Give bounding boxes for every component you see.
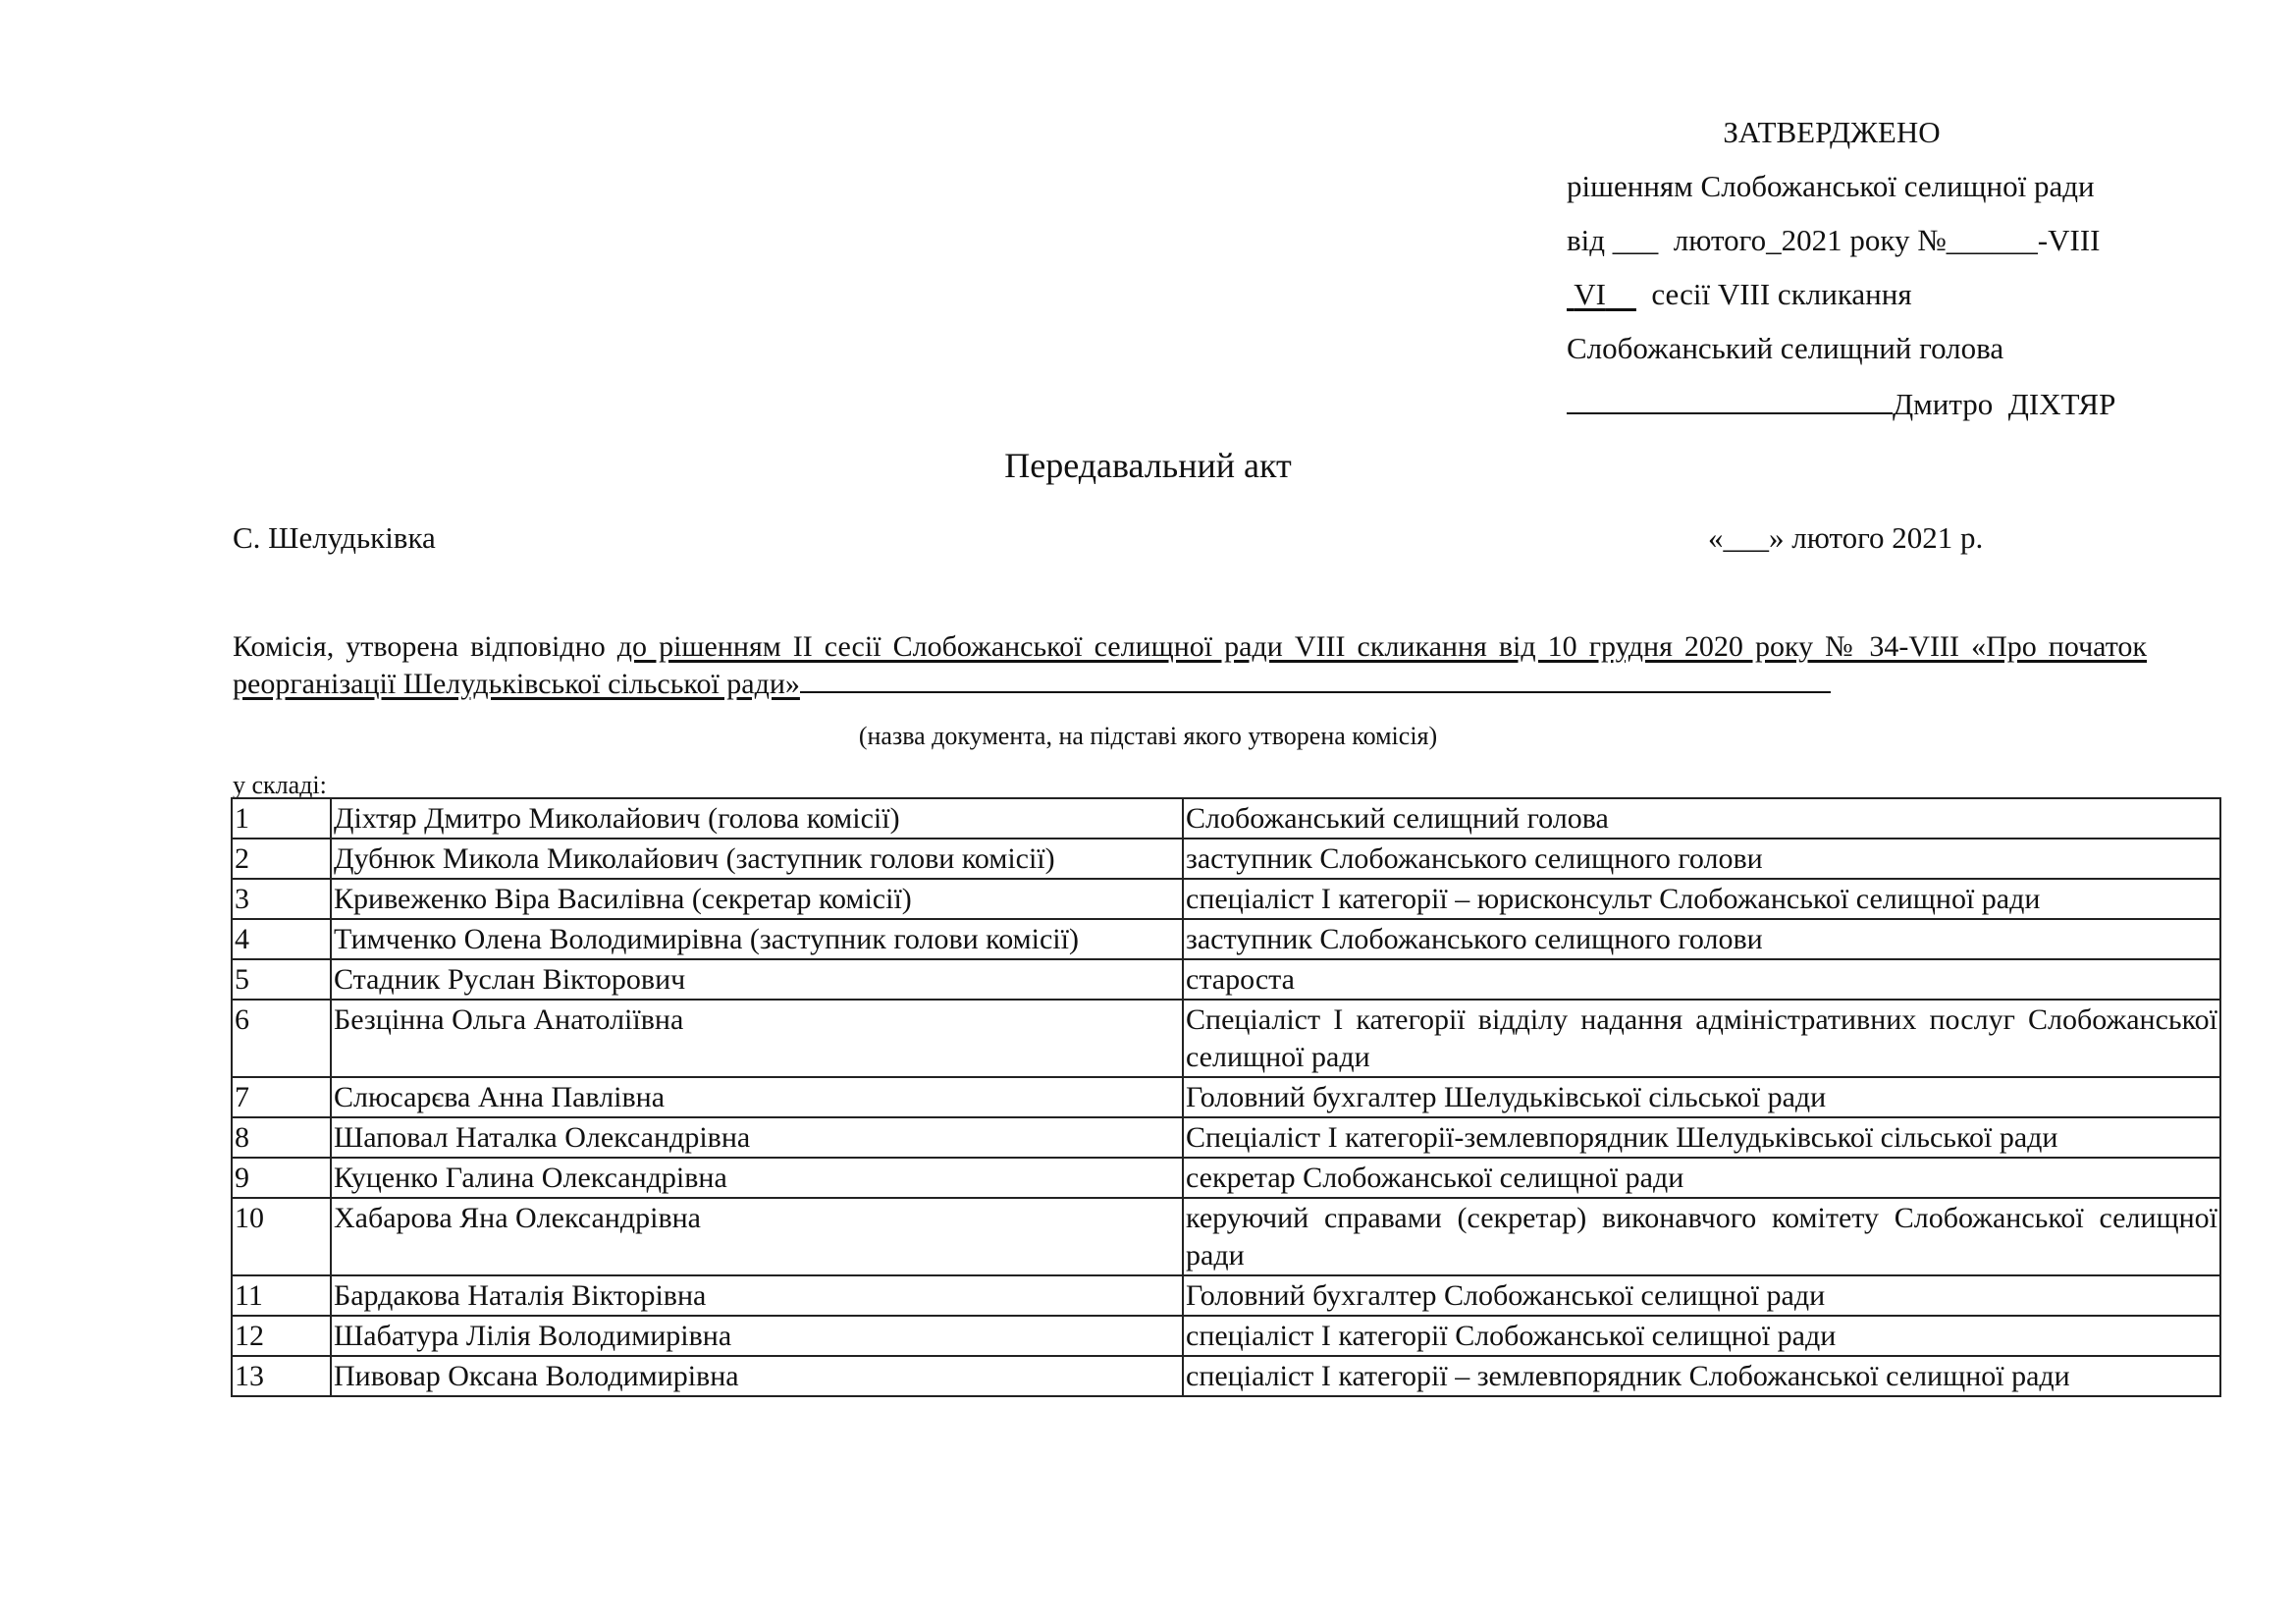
signatory-name: Дмитро ДІХТЯР [1893, 387, 2115, 421]
basis-caption: (назва документа, на підставі якого утво… [0, 722, 2296, 751]
member-number: 2 [232, 839, 331, 879]
member-name: Безцінна Ольга Анатоліївна [331, 1000, 1183, 1077]
table-row: 4Тимченко Олена Володимирівна (заступник… [232, 919, 2220, 959]
member-name: Кривеженко Віра Василівна (секретар комі… [331, 879, 1183, 919]
table-row: 5Стадник Руслан Вікторовичстароста [232, 959, 2220, 1000]
table-row: 2Дубнюк Микола Миколайович (заступник го… [232, 839, 2220, 879]
approval-signature-line: Дмитро ДІХТЯР [1567, 383, 2146, 437]
commission-members-table: 1Діхтяр Дмитро Миколайович (голова коміс… [231, 797, 2221, 1397]
approval-number-suffix: -VIII [2038, 223, 2101, 257]
member-number: 4 [232, 919, 331, 959]
member-name: Куценко Галина Олександрівна [331, 1158, 1183, 1198]
approval-number-blank: ______ [1947, 223, 2038, 257]
approval-underscore: _ [1766, 223, 1782, 257]
table-row: 7Слюсарєва Анна Павлівна Головний бухгал… [232, 1077, 2220, 1117]
member-name: Дубнюк Микола Миколайович (заступник гол… [331, 839, 1183, 879]
signature-blank [1567, 383, 1893, 414]
member-position: спеціаліст І категорії – землевпорядник … [1183, 1356, 2220, 1396]
approval-decision-line: рішенням Слобожанської селищної ради [1567, 167, 2146, 221]
member-name: Бардакова Наталія Вікторівна [331, 1275, 1183, 1316]
document-date: «___» лютого 2021 р. [1708, 520, 1983, 556]
member-position: заступник Слобожанського селищного голов… [1183, 919, 2220, 959]
member-number: 1 [232, 798, 331, 839]
table-row: 9Куценко Галина Олександрівнасекретар Сл… [232, 1158, 2220, 1198]
member-position: керуючий справами (секретар) виконавчого… [1183, 1198, 2220, 1275]
approval-date-number-line: від ___ лютого_2021 року №______-VIII [1567, 221, 2146, 275]
table-row: 13Пивовар Оксана Володимирівнаспеціаліст… [232, 1356, 2220, 1396]
member-number: 13 [232, 1356, 331, 1396]
member-position: Головний бухгалтер Шелудьківської сільсь… [1183, 1077, 2220, 1117]
table-row: 3Кривеженко Віра Василівна (секретар ком… [232, 879, 2220, 919]
approval-session-line: VI сесії VIII скликання [1567, 275, 2146, 329]
approval-head-title: Слобожанський селищний голова [1567, 329, 2146, 383]
table-row: 1Діхтяр Дмитро Миколайович (голова коміс… [232, 798, 2220, 839]
composition-label: у складі: [233, 771, 327, 800]
approval-title: ЗАТВЕРДЖЕНО [1567, 113, 2097, 167]
member-position: Слобожанський селищний голова [1183, 798, 2220, 839]
member-position: Спеціаліст І категорії відділу надання а… [1183, 1000, 2220, 1077]
member-number: 3 [232, 879, 331, 919]
member-position: Головний бухгалтер Слобожанської селищно… [1183, 1275, 2220, 1316]
member-number: 7 [232, 1077, 331, 1117]
table-row: 10Хабарова Яна Олександрівнакеруючий спр… [232, 1198, 2220, 1275]
member-number: 11 [232, 1275, 331, 1316]
member-position: спеціаліст І категорії – юрисконсульт Сл… [1183, 879, 2220, 919]
approval-session-text: сесії VIII скликання [1636, 277, 1912, 311]
approval-month: лютого [1658, 223, 1766, 257]
member-number: 5 [232, 959, 331, 1000]
table-row: 11Бардакова Наталія ВікторівнаГоловний б… [232, 1275, 2220, 1316]
member-number: 10 [232, 1198, 331, 1275]
member-position: спеціаліст І категорії Слобожанської сел… [1183, 1316, 2220, 1356]
member-name: Слюсарєва Анна Павлівна [331, 1077, 1183, 1117]
member-position: Спеціаліст І категорії-землевпорядник Ше… [1183, 1117, 2220, 1158]
member-number: 12 [232, 1316, 331, 1356]
commission-paragraph: Комісія, утворена відповідно до рішенням… [233, 628, 2147, 703]
member-name: Стадник Руслан Вікторович [331, 959, 1183, 1000]
member-position: староста [1183, 959, 2220, 1000]
member-position: заступник Слобожанського селищного голов… [1183, 839, 2220, 879]
table-row: 12Шабатура Лілія Володимирівнаспеціаліст… [232, 1316, 2220, 1356]
member-position: секретар Слобожанської селищної ради [1183, 1158, 2220, 1198]
commission-intro: Комісія, утворена відповідно [233, 630, 617, 663]
member-number: 8 [232, 1117, 331, 1158]
commission-underline-fill [800, 691, 1831, 693]
approval-day-blank: ___ [1613, 223, 1659, 257]
approval-year: 2021 року № [1782, 223, 1947, 257]
member-name: Тимченко Олена Володимирівна (заступник … [331, 919, 1183, 959]
member-name: Пивовар Оксана Володимирівна [331, 1356, 1183, 1396]
member-name: Шаповал Наталка Олександрівна [331, 1117, 1183, 1158]
document-title: Передавальний акт [0, 445, 2296, 486]
member-number: 6 [232, 1000, 331, 1077]
approval-date-prefix: від [1567, 223, 1613, 257]
member-name: Хабарова Яна Олександрівна [331, 1198, 1183, 1275]
table-row: 8Шаповал Наталка ОлександрівнаСпеціаліст… [232, 1117, 2220, 1158]
member-number: 9 [232, 1158, 331, 1198]
member-name: Шабатура Лілія Володимирівна [331, 1316, 1183, 1356]
approval-session-number: VI [1567, 277, 1636, 311]
approval-stamp-block: ЗАТВЕРДЖЕНО рішенням Слобожанської селищ… [1567, 113, 2146, 437]
document-place: С. Шелудьківка [233, 520, 436, 556]
member-name: Діхтяр Дмитро Миколайович (голова комісі… [331, 798, 1183, 839]
table-row: 6Безцінна Ольга АнатоліївнаСпеціаліст І … [232, 1000, 2220, 1077]
